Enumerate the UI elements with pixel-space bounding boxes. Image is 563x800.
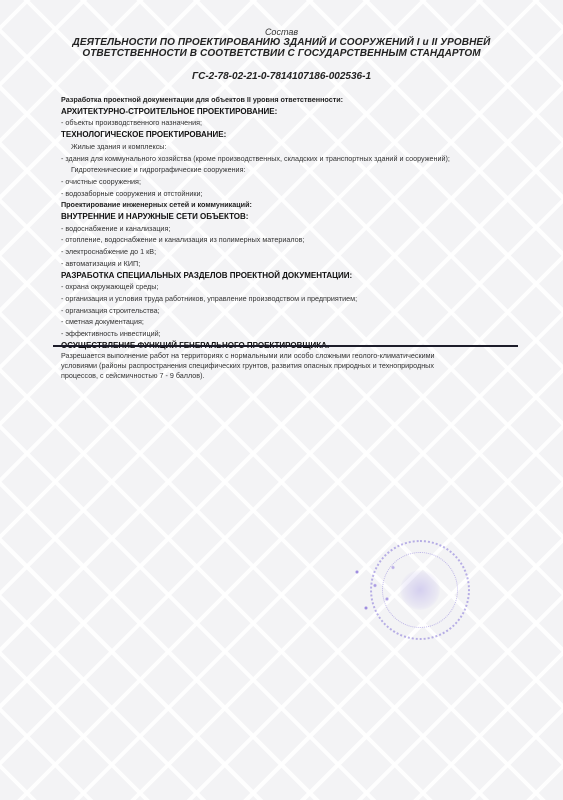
section-heading: ТЕХНОЛОГИЧЕСКОЕ ПРОЕКТИРОВАНИЕ: xyxy=(61,129,531,141)
header-title-line-1: ДЕЯТЕЛЬНОСТИ ПО ПРОЕКТИРОВАНИЮ ЗДАНИЙ И … xyxy=(0,37,563,48)
list-item: - электроснабжение до 1 кВ; xyxy=(61,246,531,258)
document-page: Состав ДЕЯТЕЛЬНОСТИ ПО ПРОЕКТИРОВАНИЮ ЗД… xyxy=(0,0,563,800)
list-item: - автоматизация и КИП; xyxy=(61,258,531,270)
intro-line: Разработка проектной документации для об… xyxy=(61,94,531,106)
subgroup-label: Гидротехнические и гидрографические соор… xyxy=(61,164,531,176)
section-heading: РАЗРАБОТКА СПЕЦИАЛЬНЫХ РАЗДЕЛОВ ПРОЕКТНО… xyxy=(61,270,531,282)
note-line-1: Разрешается выполнение работ на территор… xyxy=(61,351,511,361)
list-item: - объекты производственного назначения; xyxy=(61,117,531,129)
note-line-2: условиями (районы распространения специф… xyxy=(61,361,511,371)
official-stamp-icon xyxy=(370,540,470,640)
activity-list: Разработка проектной документации для об… xyxy=(61,94,531,351)
section-divider xyxy=(53,345,518,347)
list-item: - организация и условия труда работников… xyxy=(61,293,531,305)
list-item: - сметная документация; xyxy=(61,316,531,328)
header-title-line-2: ОТВЕТСТВЕННОСТИ В СООТВЕТСТВИИ С ГОСУДАР… xyxy=(0,48,563,59)
list-item: - организация строительства; xyxy=(61,305,531,317)
note-line-3: процессов, с сейсмичностью 7 - 9 баллов)… xyxy=(61,371,511,381)
section-heading: АРХИТЕКТУРНО-СТРОИТЕЛЬНОЕ ПРОЕКТИРОВАНИЕ… xyxy=(61,106,531,118)
subsection-heading: Проектирование инженерных сетей и коммун… xyxy=(61,199,531,211)
list-item: - охрана окружающей среды; xyxy=(61,281,531,293)
list-item: - водозаборные сооружения и отстойники; xyxy=(61,188,531,200)
list-item: - отопление, водоснабжение и канализация… xyxy=(61,234,531,246)
subgroup-label: Жилые здания и комплексы: xyxy=(61,141,531,153)
list-item: - очистные сооружения; xyxy=(61,176,531,188)
certificate-code: ГС-2-78-02-21-0-7814107186-002536-1 xyxy=(0,71,563,83)
permission-note: Разрешается выполнение работ на территор… xyxy=(61,351,511,381)
list-item: - водоснабжение и канализация; xyxy=(61,223,531,235)
list-item: - эффективность инвестиций; xyxy=(61,328,531,340)
list-item: - здания для коммунального хозяйства (кр… xyxy=(61,153,531,165)
section-heading: ВНУТРЕННИЕ И НАРУЖНЫЕ СЕТИ ОБЪЕКТОВ: xyxy=(61,211,531,223)
header-label: Состав xyxy=(0,27,563,37)
document-header: Состав ДЕЯТЕЛЬНОСТИ ПО ПРОЕКТИРОВАНИЮ ЗД… xyxy=(0,27,563,83)
